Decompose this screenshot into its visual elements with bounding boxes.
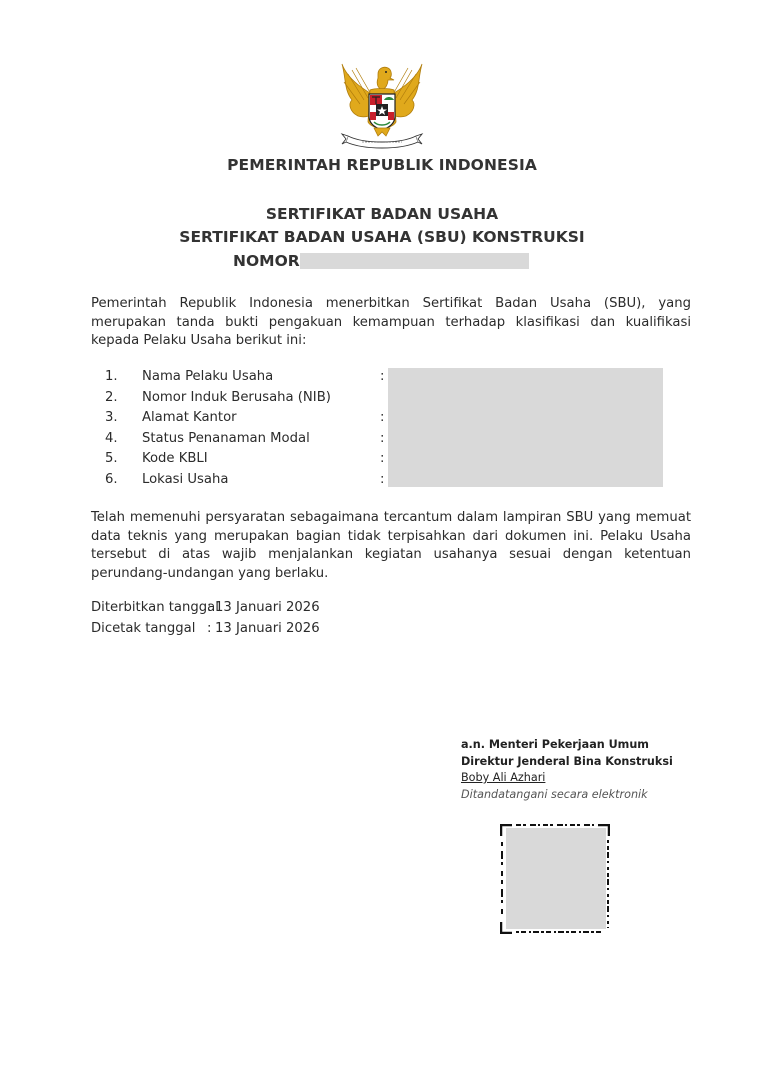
row-label: Status Penanaman Modal	[142, 429, 310, 449]
government-heading: PEMERINTAH REPUBLIK INDONESIA	[0, 156, 764, 174]
row-number: 4.	[105, 429, 118, 449]
row-number: 1.	[105, 367, 118, 387]
row-colon: :	[380, 470, 384, 490]
intro-paragraph: Pemerintah Republik Indonesia menerbitka…	[91, 295, 691, 351]
signature-on-behalf: a.n. Menteri Pekerjaan Umum	[461, 737, 673, 754]
row-label: Lokasi Usaha	[142, 470, 228, 490]
row-label: Nama Pelaku Usaha	[142, 367, 273, 387]
statement-paragraph: Telah memenuhi persyaratan sebagaimana t…	[91, 509, 691, 583]
row-number: 6.	[105, 470, 118, 490]
row-label: Kode KBLI	[142, 449, 208, 469]
certificate-number-redacted	[300, 253, 529, 269]
row-number: 3.	[105, 408, 118, 428]
row-colon: :	[380, 429, 384, 449]
row-colon: :	[380, 408, 384, 428]
electronic-signature-note: Ditandatangani secara elektronik	[461, 787, 673, 804]
issued-date-value: 13 Januari 2026	[215, 598, 320, 619]
row-number: 2.	[105, 388, 118, 408]
row-colon: :	[380, 449, 384, 469]
issued-date-colon: :	[207, 598, 211, 619]
garuda-emblem-icon	[334, 60, 430, 152]
printed-date-colon: :	[207, 619, 211, 640]
printed-date-label: Dicetak tanggal	[91, 619, 195, 640]
signature-block: a.n. Menteri Pekerjaan Umum Direktur Jen…	[461, 737, 673, 803]
row-colon: :	[380, 367, 384, 387]
row-label: Alamat Kantor	[142, 408, 237, 428]
row-label: Nomor Induk Berusaha (NIB)	[142, 388, 331, 408]
certificate-title: SERTIFIKAT BADAN USAHA	[0, 205, 764, 223]
business-details-values-redacted	[388, 368, 663, 487]
certificate-subtitle: SERTIFIKAT BADAN USAHA (SBU) KONSTRUKSI	[0, 228, 764, 246]
signature-position: Direktur Jenderal Bina Konstruksi	[461, 754, 673, 771]
certificate-number-label: NOMOR:	[233, 252, 306, 270]
issued-date-label: Diterbitkan tanggal	[91, 598, 219, 619]
qr-code-icon	[500, 824, 610, 934]
signatory-name: Boby Ali Azhari	[461, 770, 673, 787]
row-number: 5.	[105, 449, 118, 469]
printed-date-value: 13 Januari 2026	[215, 619, 320, 640]
